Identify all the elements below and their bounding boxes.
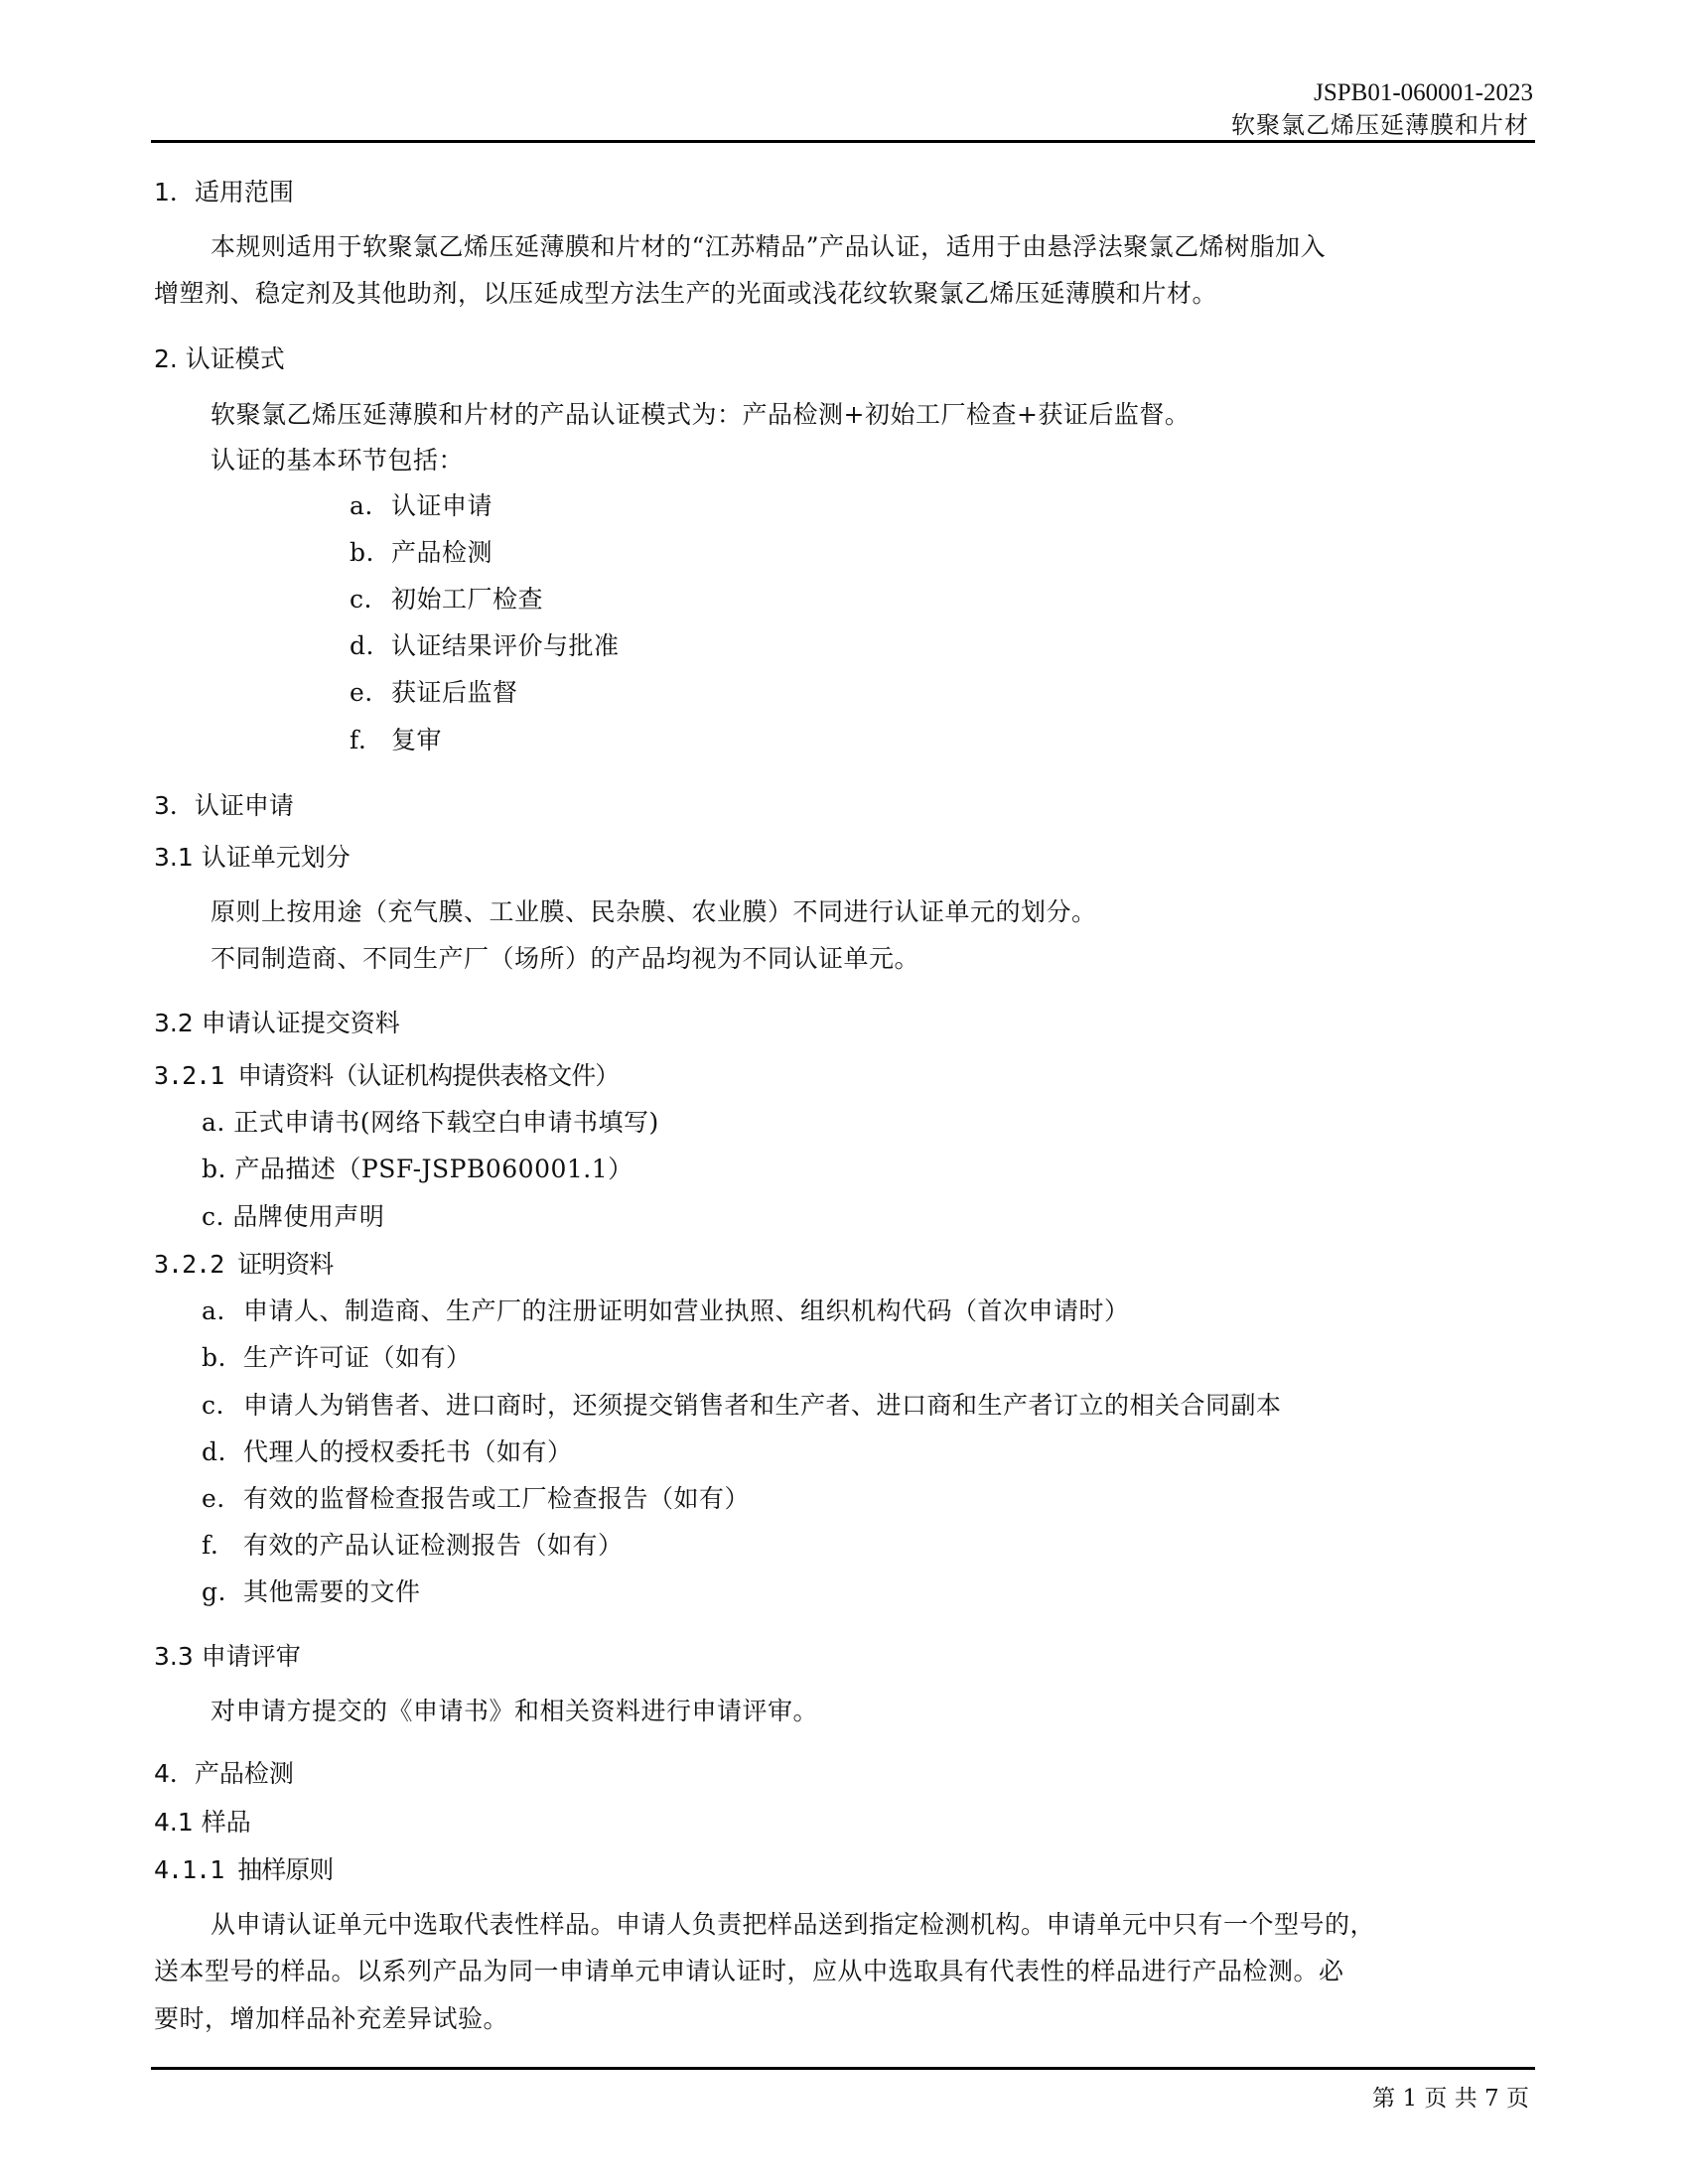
section-3-1-line-1: 原则上按用途（充气膜、工业膜、民杂膜、农业膜）不同进行认证单元的划分。 <box>211 892 1097 928</box>
proof-doc-item: e.有效的监督检查报告或工厂检查报告（如有） <box>202 1479 750 1515</box>
section-3-2-1-heading: 3.2.1 申请资料（认证机构提供表格文件） <box>154 1056 619 1092</box>
section-3-3-line-1: 对申请方提交的《申请书》和相关资料进行申请评审。 <box>211 1692 818 1727</box>
proof-doc-item: c.申请人为销售者、进口商时，还须提交销售者和生产者、进口商和生产者订立的相关合… <box>202 1386 1282 1422</box>
section-4-1-1-heading: 4.1.1 抽样原则 <box>154 1850 333 1886</box>
section-4-1-1-line-2: 送本型号的样品。以系列产品为同一申请单元申请认证时，应从中选取具有代表性的样品进… <box>154 1952 1344 1987</box>
section-4-1-heading: 4.1 样品 <box>154 1803 251 1839</box>
section-3-1-line-2: 不同制造商、不同生产厂（场所）的产品均视为不同认证单元。 <box>211 939 919 975</box>
section-1-heading: 1．适用范围 <box>154 173 294 208</box>
proof-doc-item: g.其他需要的文件 <box>202 1572 421 1608</box>
proof-doc-item: b.生产许可证（如有） <box>202 1338 472 1374</box>
footer-rule <box>151 2067 1535 2070</box>
page-number: 第 1 页 共 7 页 <box>1372 2080 1529 2113</box>
section-1-line-2: 增塑剂、稳定剂及其他助剂，以压延成型方法生产的光面或浅花纹软聚氯乙烯压延薄膜和片… <box>154 274 1217 310</box>
application-doc-item: a. 正式申请书(网络下载空白申请书填写) <box>202 1103 659 1139</box>
cert-step-item: a.认证申请 <box>350 486 492 522</box>
application-doc-item: c. 品牌使用声明 <box>202 1197 384 1233</box>
document-title: 软聚氯乙烯压延薄膜和片材 <box>1231 105 1529 140</box>
section-4-heading: 4．产品检测 <box>154 1754 294 1790</box>
cert-step-item: e.获证后监督 <box>350 673 518 709</box>
proof-doc-item: f.有效的产品认证检测报告（如有） <box>202 1526 624 1562</box>
section-4-1-1-line-3: 要时，增加样品补充差异试验。 <box>154 1999 508 2035</box>
cert-step-item: b.产品检测 <box>350 533 492 569</box>
section-2-line-1: 软聚氯乙烯压延薄膜和片材的产品认证模式为：产品检测+初始工厂检查+获证后监督。 <box>211 395 1190 431</box>
cert-step-item: c.初始工厂检查 <box>350 580 543 615</box>
section-2-heading: 2. 认证模式 <box>154 340 285 375</box>
section-3-2-heading: 3.2 申请认证提交资料 <box>154 1004 400 1039</box>
section-2-line-2: 认证的基本环节包括： <box>211 441 464 477</box>
section-4-1-1-line-1: 从申请认证单元中选取代表性样品。申请人负责把样品送到指定检测机构。申请单元中只有… <box>211 1905 1375 1941</box>
application-doc-item: b. 产品描述（PSF-JSPB060001.1） <box>202 1150 633 1185</box>
section-3-3-heading: 3.3 申请评审 <box>154 1637 301 1673</box>
section-3-1-heading: 3.1 认证单元划分 <box>154 838 351 874</box>
cert-step-item: f.复审 <box>350 721 442 756</box>
section-3-2-2-heading: 3.2.2 证明资料 <box>154 1245 333 1281</box>
header-rule <box>151 140 1535 143</box>
proof-doc-item: a.申请人、制造商、生产厂的注册证明如营业执照、组织机构代码（首次申请时） <box>202 1292 1130 1327</box>
cert-step-item: d.认证结果评价与批准 <box>350 626 620 662</box>
section-3-heading: 3．认证申请 <box>154 786 294 822</box>
section-1-line-1: 本规则适用于软聚氯乙烯压延薄膜和片材的“江苏精品”产品认证，适用于由悬浮法聚氯乙… <box>211 227 1326 263</box>
document-code: JSPB01-060001-2023 <box>1314 79 1533 107</box>
proof-doc-item: d.代理人的授权委托书（如有） <box>202 1433 573 1468</box>
